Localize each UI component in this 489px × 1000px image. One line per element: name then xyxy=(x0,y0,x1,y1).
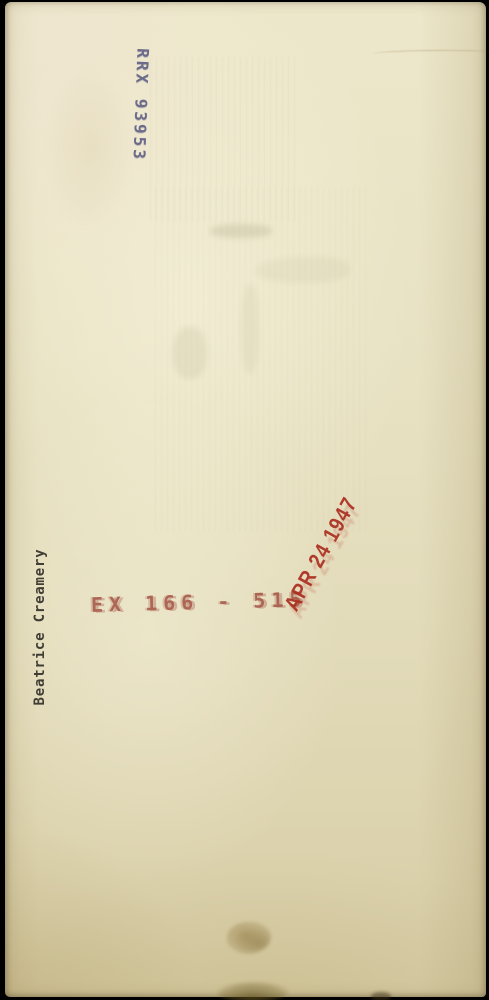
paper-stain xyxy=(217,982,289,1000)
paper-crease xyxy=(373,49,489,56)
bleed-through-smudge xyxy=(210,224,272,238)
bleed-through-smudge xyxy=(255,257,350,283)
credit-text: Beatrice Creamery xyxy=(32,549,48,706)
photo-back-paper: RRX 93953 Beatrice Creamery EX 166 - 515… xyxy=(5,2,486,997)
paper-stain xyxy=(227,922,271,954)
bleed-through-smudge xyxy=(241,284,259,374)
file-number-stamp: EX 166 - 515 xyxy=(91,587,308,617)
paper-stain xyxy=(371,992,391,1000)
paper-stain xyxy=(45,62,135,232)
catalog-number-text: RRX 93953 xyxy=(130,48,153,162)
scan-background: RRX 93953 Beatrice Creamery EX 166 - 515… xyxy=(0,0,489,1000)
bleed-through-smudge xyxy=(173,327,207,379)
